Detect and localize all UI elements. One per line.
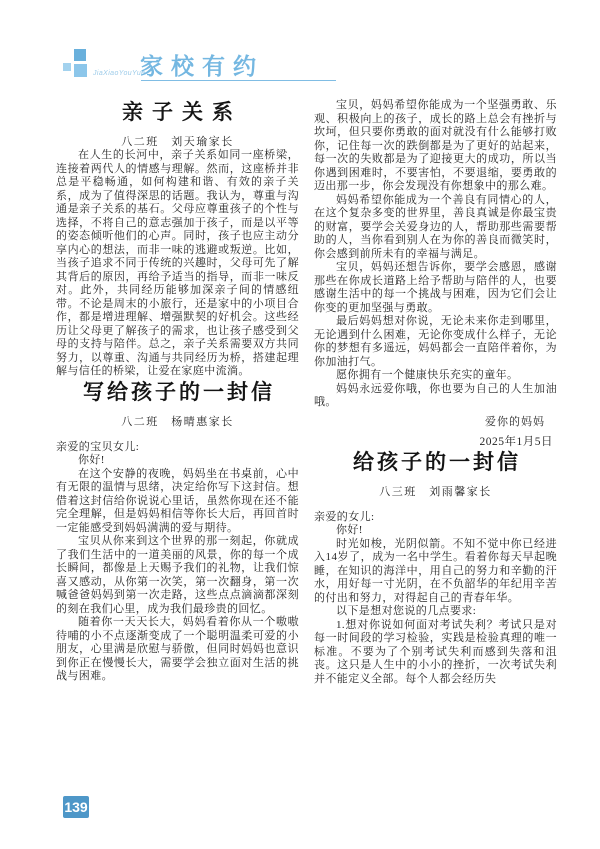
logo-square-icon: [74, 49, 86, 61]
article-paragraph: 宝贝从你来到这个世界的那一刻起，你就成了我们生活中的一道美丽的风景，你的每一个成…: [56, 535, 299, 616]
article-title: 写给孩子的一封信: [56, 379, 299, 405]
article-paragraph: 妈妈永远爱你哦，你也要为自己的人生加油哦。: [314, 383, 557, 410]
article-paragraph: 时光如梭，光阴似箭。不知不觉中你已经进入14岁了，成为一名中学生。看着你每天早起…: [314, 538, 557, 606]
letter-salutation: 亲爱的宝贝女儿:: [56, 441, 299, 455]
letter-date: 2025年1月5日: [314, 435, 553, 449]
header-divider: [141, 80, 336, 81]
article-paragraph: 最后妈妈想对你说，无论未来你走到哪里，无论遇到什么困难，无论你变成什么样子，无论…: [314, 315, 557, 369]
section-title: 家校有约: [140, 48, 264, 81]
article-paragraph: 随着你一天天长大，妈妈看着你从一个嗷嗷待哺的小不点逐渐变成了一个聪明温柔可爱的小…: [56, 616, 299, 684]
article-byline: 八三班 刘雨馨家长: [314, 485, 557, 499]
article-letter-to-child-1: 写给孩子的一封信 八二班 杨晴惠家长 亲爱的宝贝女儿: 你好! 在这个安静的夜晚…: [56, 379, 299, 684]
article-letter-to-child-1-continued: 宝贝，妈妈希望你能成为一个坚强勇敢、乐观、积极向上的孩子，成长的路上总会有挫折与…: [314, 99, 557, 449]
letter-salutation: 亲爱的女儿:: [314, 511, 557, 525]
page-header: JiaXiaoYouYue 家校有约: [0, 0, 600, 96]
logo-square-icon: [74, 64, 87, 77]
article-byline: 八二班 刘天瑜家长: [56, 135, 299, 149]
article-paragraph: 1.想对你说如何面对考试失利？考试只是对每一时间段的学习检验，实践是检验真理的唯…: [314, 619, 557, 687]
article-letter-to-child-2: 给孩子的一封信 八三班 刘雨馨家长 亲爱的女儿: 你好! 时光如梭，光阴似箭。不…: [314, 449, 557, 687]
article-title: 亲子关系: [56, 99, 299, 125]
logo-square-icon: [63, 63, 71, 71]
article-paragraph: 宝贝，妈妈希望你能成为一个坚强勇敢、乐观、积极向上的孩子，成长的路上总会有挫折与…: [314, 99, 557, 194]
letter-greeting: 你好!: [314, 524, 557, 538]
article-parent-child-relationship: 亲子关系 八二班 刘天瑜家长 在人生的长河中，亲子关系如同一座桥梁，连接着两代人…: [56, 99, 299, 379]
left-column: 亲子关系 八二班 刘天瑜家长 在人生的长河中，亲子关系如同一座桥梁，连接着两代人…: [56, 99, 299, 684]
section-pinyin-label: JiaXiaoYouYue: [93, 70, 145, 77]
article-paragraph: 愿你拥有一个健康快乐充实的童年。: [314, 369, 557, 383]
magazine-logo-icon: [57, 47, 91, 83]
letter-greeting: 你好!: [56, 454, 299, 468]
article-paragraph: 在人生的长河中，亲子关系如同一座桥梁，连接着两代人的情感与理解。然而，这座桥并非…: [56, 149, 299, 379]
page-number-badge: 139: [63, 796, 89, 818]
article-paragraph: 宝贝，妈妈还想告诉你，要学会感恩，感谢那些在你成长道路上给予帮助与陪伴的人，也要…: [314, 261, 557, 315]
letter-signoff: 爱你的妈妈: [314, 415, 545, 429]
right-column: 宝贝，妈妈希望你能成为一个坚强勇敢、乐观、积极向上的孩子，成长的路上总会有挫折与…: [314, 99, 557, 686]
article-paragraph: 在这个安静的夜晚，妈妈坐在书桌前，心中有无限的温情与思绪，决定给你写下这封信。想…: [56, 468, 299, 536]
article-byline: 八二班 杨晴惠家长: [56, 415, 299, 429]
article-paragraph: 以下是想对您说的几点要求:: [314, 605, 557, 619]
article-paragraph: 妈妈希望你能成为一个善良有同情心的人，在这个复杂多变的世界里，善良真诚是你最宝贵…: [314, 194, 557, 262]
article-title: 给孩子的一封信: [314, 449, 557, 475]
